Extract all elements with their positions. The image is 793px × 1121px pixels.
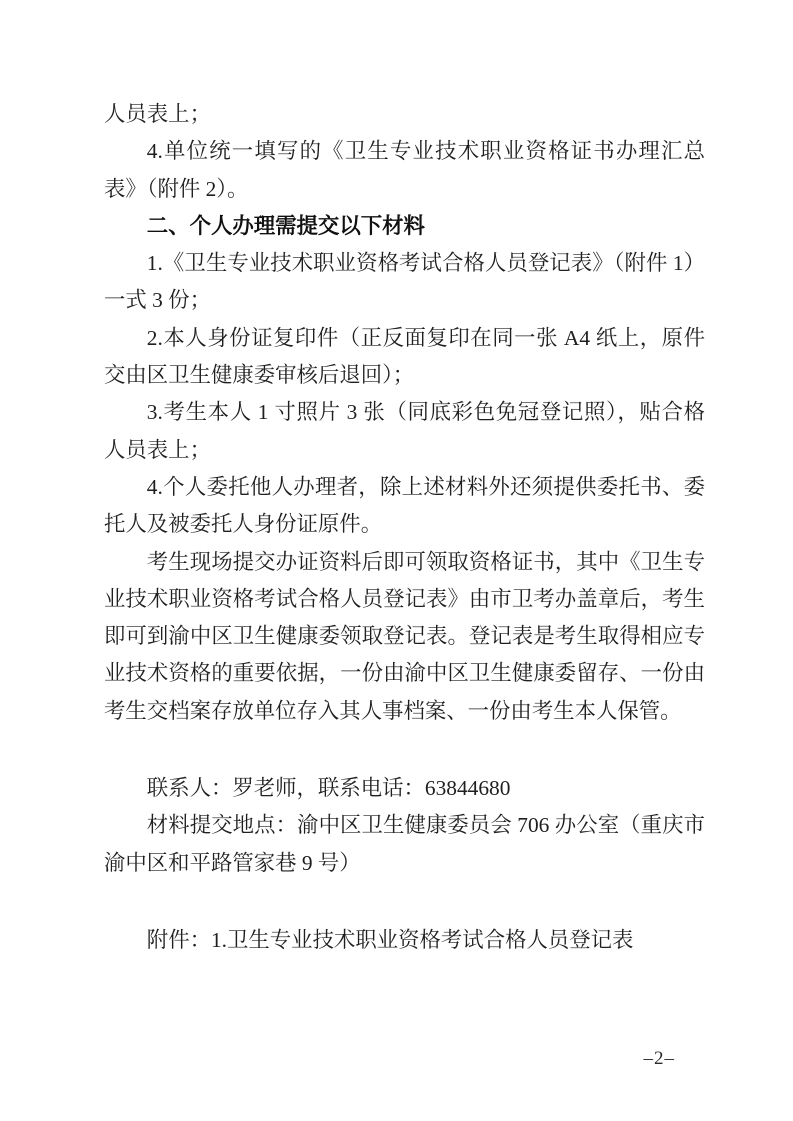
- para-personal-item-3: 3.考生本人 1 寸照片 3 张（同底彩色免冠登记照），贴合格人员表上；: [104, 394, 705, 469]
- document-page: 人员表上； 4.单位统一填写的《卫生专业技术职业资格证书办理汇总表》（附件 2）…: [0, 0, 793, 1121]
- para-submission-address: 材料提交地点：渝中区卫生健康委员会 706 办公室（重庆市渝中区和平路管家巷 9…: [104, 807, 705, 882]
- heading-section-2: 二、个人办理需提交以下材料: [104, 208, 705, 245]
- document-body: 人员表上； 4.单位统一填写的《卫生专业技术职业资格证书办理汇总表》（附件 2）…: [104, 96, 705, 959]
- para-unit-item-4: 4.单位统一填写的《卫生专业技术职业资格证书办理汇总表》（附件 2）。: [104, 133, 705, 208]
- blank-line: [104, 882, 705, 922]
- page-number: –2–: [644, 1048, 676, 1070]
- para-personal-item-2: 2.本人身份证复印件（正反面复印在同一张 A4 纸上，原件交由区卫生健康委审核后…: [104, 320, 705, 395]
- para-personal-item-1: 1.《卫生专业技术职业资格考试合格人员登记表》（附件 1）一式 3 份；: [104, 245, 705, 320]
- para-contact-info: 联系人：罗老师，联系电话：63844680: [104, 770, 705, 807]
- para-attachments: 附件：1.卫生专业技术职业资格考试合格人员登记表: [104, 922, 705, 959]
- blank-line: [104, 730, 705, 770]
- para-certificate-collection: 考生现场提交办证资料后即可领取资格证书，其中《卫生专业技术职业资格考试合格人员登…: [104, 544, 705, 730]
- para-continuation-top: 人员表上；: [104, 96, 705, 133]
- para-personal-item-4: 4.个人委托他人办理者，除上述材料外还须提供委托书、委托人及被委托人身份证原件。: [104, 469, 705, 544]
